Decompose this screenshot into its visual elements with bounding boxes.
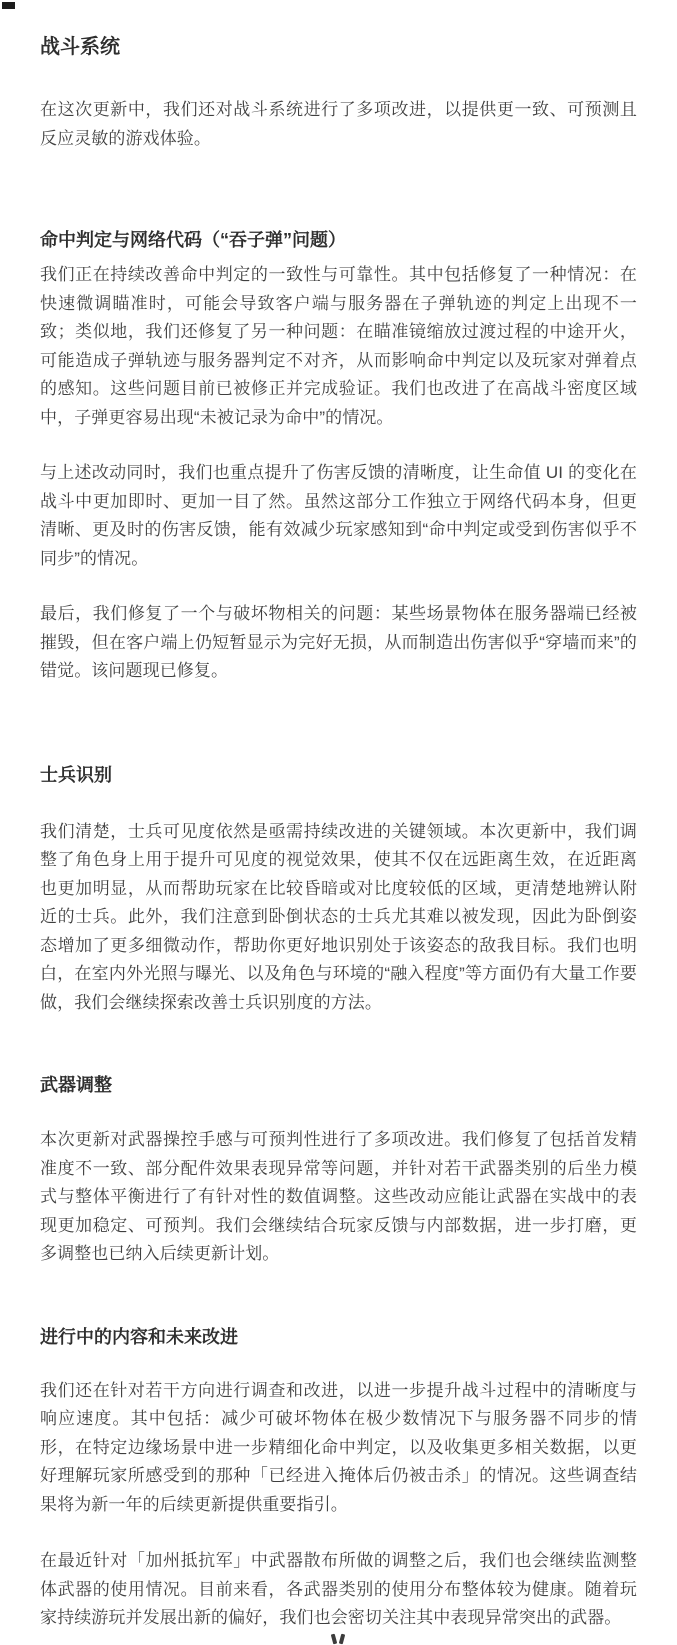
section-heading-weapon-tuning: 武器调整 — [40, 1072, 637, 1098]
section-ongoing-future-improvements: 进行中的内容和未来改进 我们还在针对若干方向进行调查和改进，以进一步提升战斗过程… — [40, 1324, 637, 1633]
section-soldier-visibility: 士兵识别 我们清楚，士兵可见度依然是亟需持续改进的关键领域。本次更新中，我们调整… — [40, 762, 637, 1018]
page-title: 战斗系统 — [40, 34, 637, 60]
paragraph: 我们清楚，士兵可见度依然是亟需持续改进的关键领域。本次更新中，我们调整了角色身上… — [40, 818, 637, 1018]
section-weapon-tuning: 武器调整 本次更新对武器操控手感与可预判性进行了多项改进。我们修复了包括首发精准… — [40, 1072, 637, 1269]
section-hit-registration-netcode: 命中判定与网络代码（“吞子弹”问题） 我们正在持续改善命中判定的一致性与可靠性。… — [40, 227, 637, 686]
section-heading-hit-registration: 命中判定与网络代码（“吞子弹”问题） — [40, 227, 637, 253]
top-left-artifact — [2, 2, 15, 9]
paragraph: 我们正在持续改善命中判定的一致性与可靠性。其中包括修复了一种情况：在快速微调瞄准… — [40, 261, 637, 432]
paragraph: 在最近针对「加州抵抗军」中武器散布所做的调整之后，我们也会继续监测整体武器的使用… — [40, 1547, 637, 1633]
intro-paragraph: 在这次更新中，我们还对战斗系统进行了多项改进，以提供更一致、可预测且反应灵敏的游… — [40, 96, 637, 153]
section-heading-future-improvements: 进行中的内容和未来改进 — [40, 1324, 637, 1350]
paragraph: 与上述改动同时，我们也重点提升了伤害反馈的清晰度，让生命值 UI 的变化在战斗中… — [40, 459, 637, 573]
paragraph: 本次更新对武器操控手感与可预判性进行了多项改进。我们修复了包括首发精准度不一致、… — [40, 1126, 637, 1269]
paragraph: 最后，我们修复了一个与破坏物相关的问题：某些场景物体在服务器端已经被摧毁，但在客… — [40, 600, 637, 686]
partial-character-icon — [329, 1633, 347, 1645]
patch-notes-document: 战斗系统 在这次更新中，我们还对战斗系统进行了多项改进，以提供更一致、可预测且反… — [0, 0, 677, 1645]
section-heading-soldier-visibility: 士兵识别 — [40, 762, 637, 788]
paragraph: 我们还在针对若干方向进行调查和改进，以进一步提升战斗过程中的清晰度与响应速度。其… — [40, 1377, 637, 1520]
